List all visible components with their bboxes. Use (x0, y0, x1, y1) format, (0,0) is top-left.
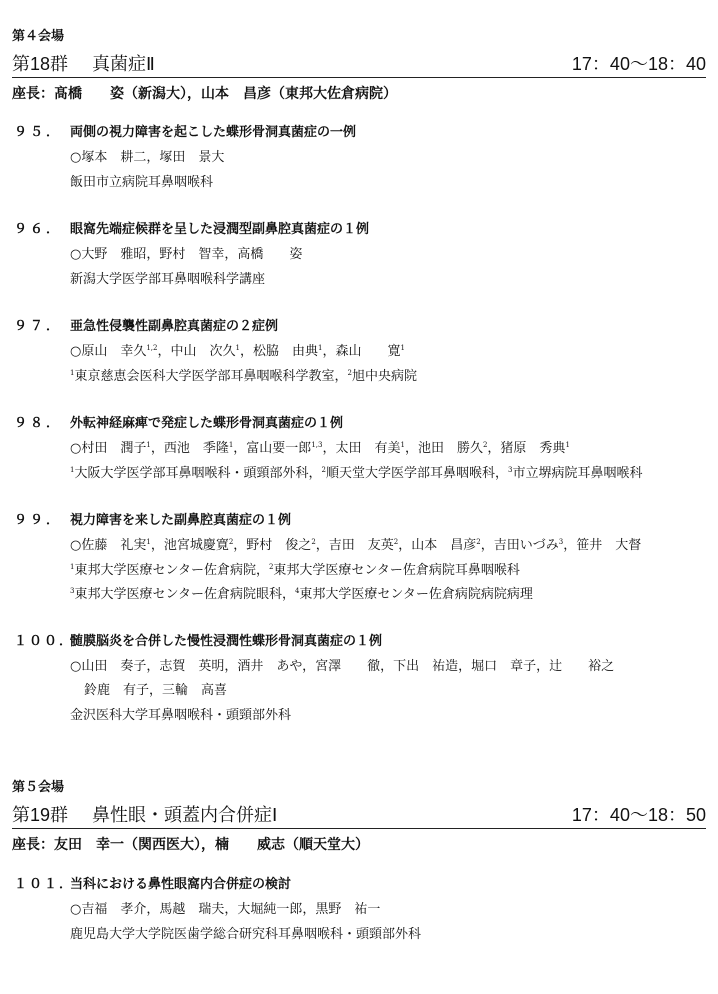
presentation-affiliation: 鹿児島大学大学院医歯学総合研究科耳鼻咽喉科・頭頸部外科 (70, 926, 421, 943)
presentation-title: 髄膜脳炎を合併した慢性浸潤性蝶形骨洞真菌症の１例 (70, 633, 382, 650)
group-title: 第18群真菌症Ⅱ (12, 53, 155, 75)
presentation-authors: ○塚本 耕二，塚田 景大 (70, 149, 224, 166)
venue-label: 第５会場 (12, 780, 64, 796)
chairpersons: 座長：友田 幸一（関西医大），楠 威志（順天堂大） (12, 836, 369, 854)
session-time: 17：40〜18：50 (572, 804, 706, 826)
presentation-number: ９９． (14, 512, 62, 529)
venue-label: 第４会場 (12, 29, 64, 45)
presentation-title: 外転神経麻痺で発症した蝶形骨洞真菌症の１例 (70, 415, 343, 432)
presentation-affiliation: 1大阪大学医学部耳鼻咽喉科・頭頸部外科，2順天堂大学医学部耳鼻咽喉科，3市立堺病… (70, 465, 642, 482)
group-number: 第19群 (12, 805, 68, 825)
presentation-authors: ○原山 幸久1,2，中山 次久1，松脇 由典1，森山 寛1 (70, 343, 405, 360)
presentation-authors: ○村田 潤子1，西池 季隆1，富山要一郎1,3，太田 有美1，池田 勝久2，猪原… (70, 440, 570, 457)
presentation-number: ９８． (14, 415, 62, 432)
presentation-title: 当科における鼻性眼窩内合併症の検討 (70, 876, 291, 893)
session-time: 17：40〜18：40 (572, 53, 706, 75)
presentation-number: １００． (14, 633, 74, 650)
presentation-title: 眼窩先端症候群を呈した浸潤型副鼻腔真菌症の１例 (70, 221, 369, 238)
presentation-title: 視力障害を来した副鼻腔真菌症の１例 (70, 512, 291, 529)
presentation-title: 亜急性侵襲性副鼻腔真菌症の２症例 (70, 318, 278, 335)
group-title: 第19群鼻性眼・頭蓋内合併症Ⅰ (12, 804, 277, 826)
presentation-authors-continued: 鈴鹿 有子，三輪 高喜 (84, 682, 227, 699)
presentation-affiliation: 1東京慈恵会医科大学医学部耳鼻咽喉科学教室，2旭中央病院 (70, 368, 417, 385)
presentation-authors: ○佐藤 礼実1，池宮城慶寛2，野村 俊之2，吉田 友英2，山本 昌彦2，吉田いづ… (70, 537, 641, 554)
presentation-number: ９５． (14, 124, 62, 141)
presentation-affiliation: 金沢医科大学耳鼻咽喉科・頭頸部外科 (70, 707, 291, 724)
presentation-title: 両側の視力障害を起こした蝶形骨洞真菌症の一例 (70, 124, 356, 141)
group-name: 鼻性眼・頭蓋内合併症Ⅰ (92, 805, 277, 825)
presentation-affiliation: 飯田市立病院耳鼻咽喉科 (70, 174, 213, 191)
presentation-affiliation: 新潟大学医学部耳鼻咽喉科学講座 (70, 271, 265, 288)
group-header: 第18群真菌症Ⅱ 17：40〜18：40 (12, 53, 706, 78)
chairpersons: 座長：髙橋 姿（新潟大），山本 昌彦（東邦大佐倉病院） (12, 85, 397, 103)
presentation-number: １０１． (14, 876, 74, 893)
group-header: 第19群鼻性眼・頭蓋内合併症Ⅰ 17：40〜18：50 (12, 804, 706, 829)
presentation-affiliation: 3東邦大学医療センター佐倉病院眼科，4東邦大学医療センター佐倉病院病院病理 (70, 586, 533, 603)
presentation-number: ９７． (14, 318, 62, 335)
presentation-affiliation: 1東邦大学医療センター佐倉病院，2東邦大学医療センター佐倉病院耳鼻咽喉科 (70, 562, 520, 579)
group-number: 第18群 (12, 54, 68, 74)
group-name: 真菌症Ⅱ (92, 54, 155, 74)
presentation-number: ９６． (14, 221, 62, 238)
presentation-authors: ○大野 雅昭，野村 智幸，高橋 姿 (70, 246, 302, 263)
presentation-authors: ○吉福 孝介，馬越 瑞夫，大堀純一郎，黒野 祐一 (70, 901, 380, 918)
presentation-authors: ○山田 奏子，志賀 英明，酒井 あや，宮澤 徹，下出 祐造，堀口 章子，辻 裕之 (70, 658, 614, 675)
